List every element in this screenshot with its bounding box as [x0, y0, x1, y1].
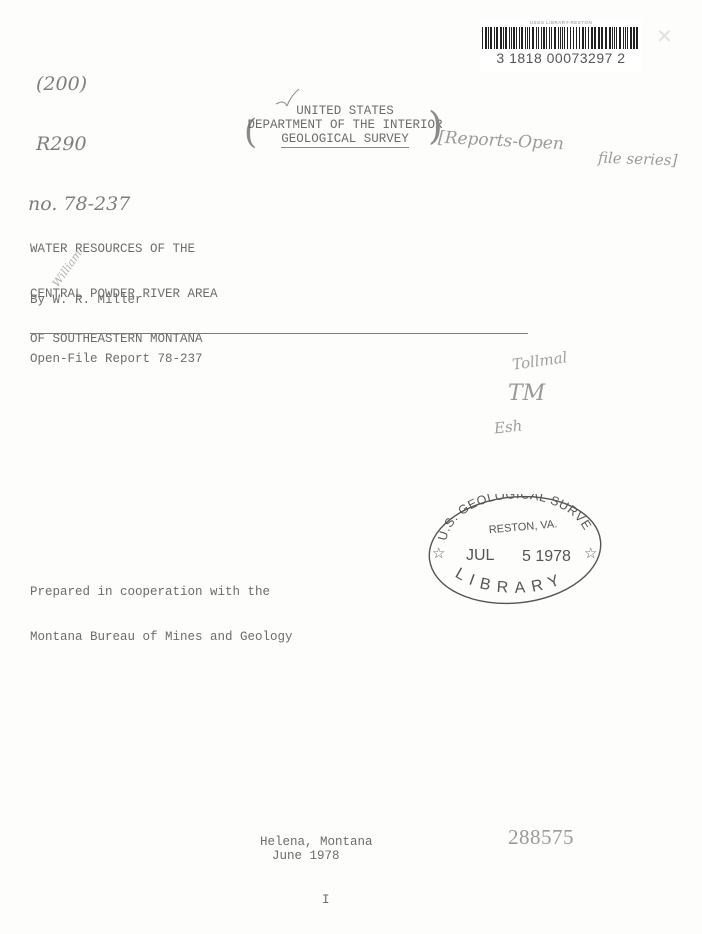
- handwritten-series-note-line-2: file series]: [598, 149, 678, 170]
- stamp-arc-bottom: LIBRARY: [452, 565, 568, 597]
- call-number-line-3: no. 78-237: [28, 194, 130, 214]
- author-line: By W. R. Miller: [30, 293, 143, 308]
- marginal-note-2: TM: [508, 381, 545, 406]
- call-number-line-1: (200): [28, 74, 130, 94]
- svg-text:U.S. GEOLOGICAL SURVEY: U.S. GEOLOGICAL SURVEY: [426, 494, 594, 542]
- stamp-month: JUL: [466, 547, 495, 564]
- agency-header: UNITED STATES DEPARTMENT OF THE INTERIOR…: [240, 104, 450, 148]
- handwritten-series-note-line-1: [Reports-Open: [438, 129, 565, 154]
- barcode-caption: USGS LIBRARY-RESTON: [480, 20, 642, 25]
- barcode-number: 3 1818 00073297 2: [480, 50, 642, 66]
- marginal-note-3: Esh: [493, 417, 523, 438]
- stamp-location: RESTON, VA.: [488, 518, 557, 536]
- page-number: I: [322, 893, 330, 908]
- barcode-icon: [480, 27, 642, 49]
- call-number-line-2: R290: [28, 134, 130, 154]
- horizontal-rule: [30, 333, 528, 334]
- report-number: Open-File Report 78-237: [30, 352, 203, 367]
- title-line-1: WATER RESOURCES OF THE: [30, 242, 218, 257]
- header-line-2: DEPARTMENT OF THE INTERIOR: [240, 118, 450, 132]
- handwritten-call-number: (200) R290 no. 78-237: [28, 34, 130, 234]
- cooperation-line-1: Prepared in cooperation with the: [30, 585, 293, 600]
- header-line-3: GEOLOGICAL SURVEY: [281, 132, 409, 148]
- star-right-icon: ☆: [584, 544, 597, 562]
- corner-mark-icon: ✕: [656, 24, 673, 49]
- title-line-3: OF SOUTHEASTERN MONTANA: [30, 332, 218, 347]
- marginal-note-1: Tollmal: [511, 348, 568, 374]
- stamp-arc-top: U.S. GEOLOGICAL SURVEY: [426, 494, 594, 542]
- cooperation-statement: Prepared in cooperation with the Montana…: [30, 555, 293, 660]
- star-left-icon: ☆: [432, 544, 445, 562]
- svg-text:LIBRARY: LIBRARY: [452, 565, 568, 597]
- publication-place: Helena, Montana: [260, 835, 373, 850]
- accession-number: 288575: [508, 825, 574, 850]
- header-line-1: UNITED STATES: [240, 104, 450, 118]
- stamp-date: 5 1978: [522, 548, 571, 565]
- publication-date: June 1978: [272, 849, 340, 864]
- library-stamp: U.S. GEOLOGICAL SURVEY RESTON, VA. ☆ ☆ J…: [426, 494, 604, 606]
- cooperation-line-2: Montana Bureau of Mines and Geology: [30, 630, 293, 645]
- barcode-label: USGS LIBRARY-RESTON 3 1818 00073297 2: [480, 20, 642, 72]
